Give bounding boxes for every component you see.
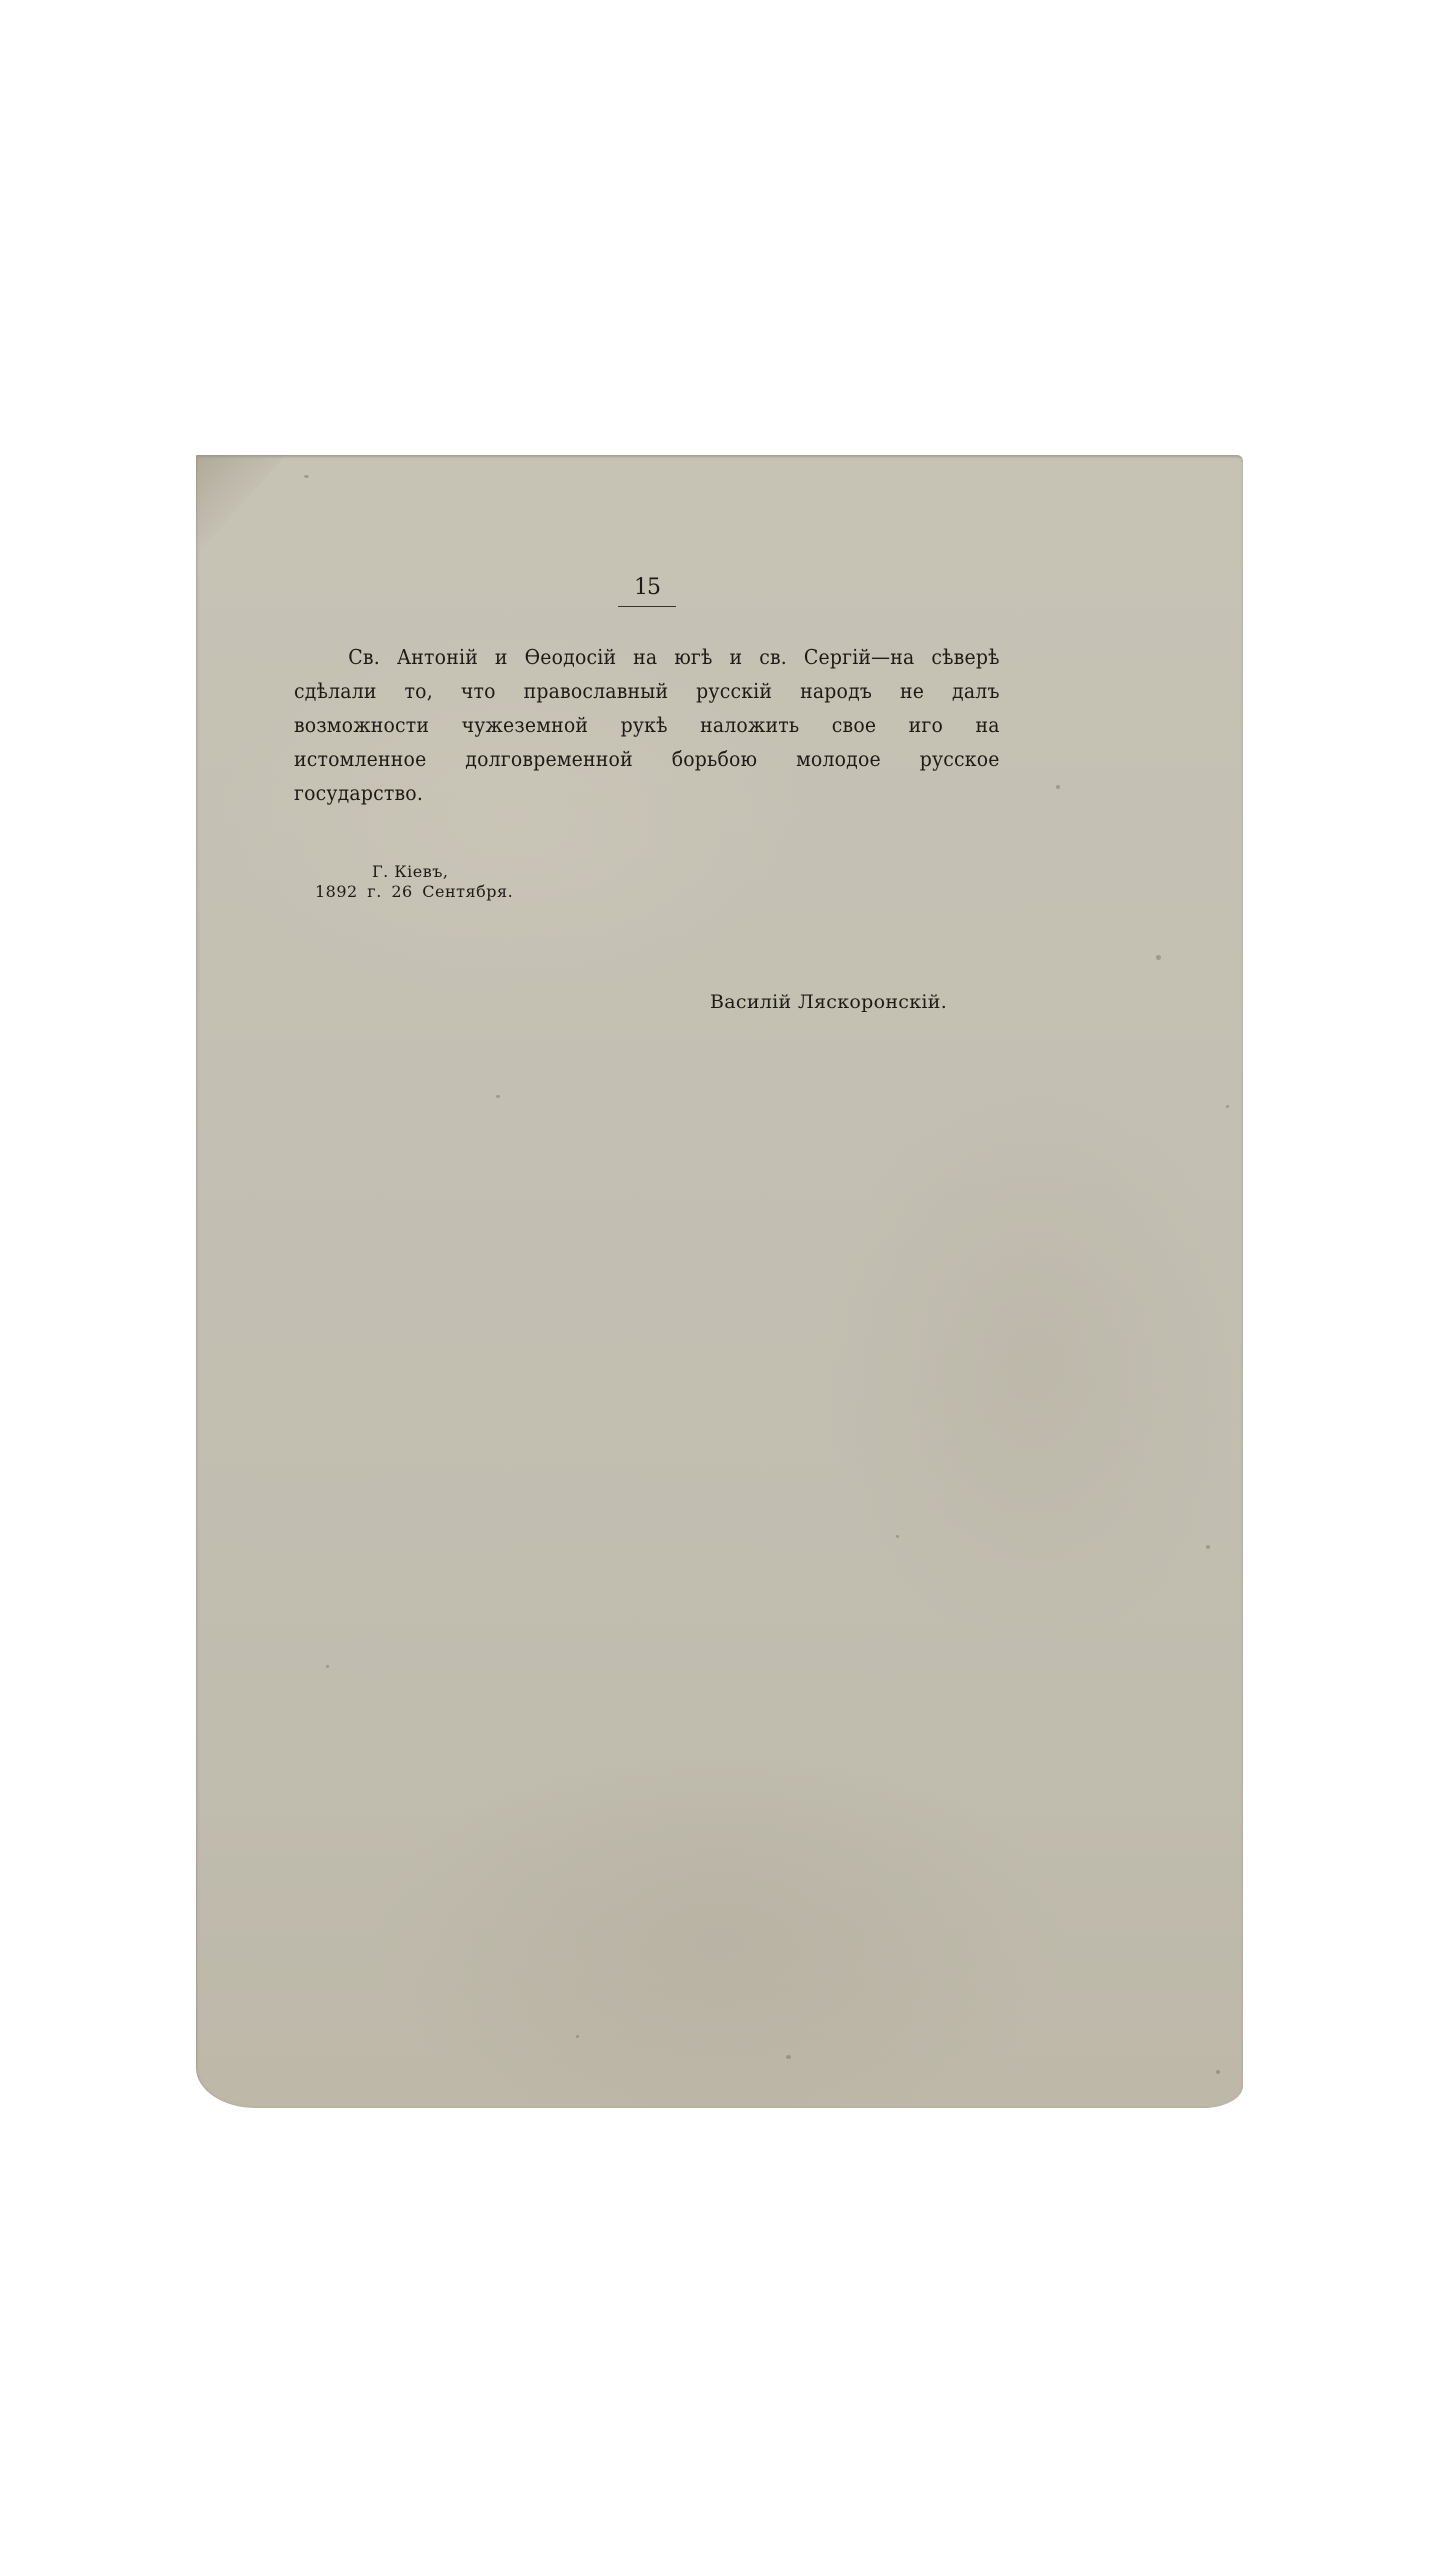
date-of-writing: 1892 г. 26 Сентября.	[315, 882, 513, 901]
stain-spot	[1206, 1545, 1210, 1549]
stain-spot	[896, 1535, 899, 1538]
stain-spot	[1156, 955, 1161, 960]
stain-spot	[1056, 785, 1060, 789]
page-number: 15	[618, 576, 676, 607]
stain-spot	[1216, 2070, 1220, 2074]
place-of-writing: Г. Кіевъ,	[372, 862, 449, 881]
stain-spot	[304, 475, 309, 478]
stain-spot	[1226, 1105, 1229, 1108]
stain-spot	[786, 2055, 791, 2059]
stain-spot	[576, 2035, 579, 2038]
stain-spot	[326, 1665, 329, 1668]
stain-spot	[496, 1095, 500, 1098]
body-paragraph: Св. Антоній и Өеодосій на югѣ и св. Серг…	[294, 640, 1000, 810]
author-signature: Василій Ляскоронскій.	[710, 990, 947, 1014]
